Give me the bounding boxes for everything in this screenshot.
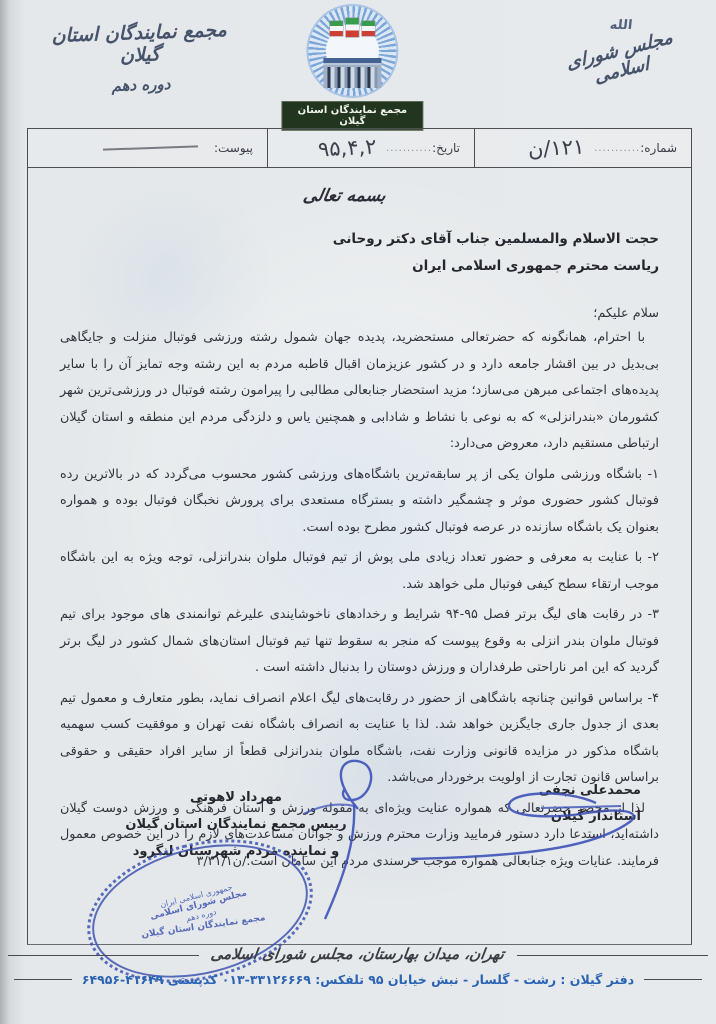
recipient-block: حجت الاسلام والمسلمین جناب آقای دکتر روح… [60,226,659,280]
assembly-title: مجمع نمایندگان استان گیلان [29,18,250,70]
emblem-caption: مجمع نمایندگان استان گیلان [282,102,422,130]
dotted-line: ........... [386,143,432,154]
sunburst-decoration [306,4,398,98]
representative-name: مهرداد لاهوتی [86,784,386,811]
paragraph-item-2: ۲- با عنایت به معرفی و حضور تعداد زیادی … [60,545,659,598]
governor-name: محمدعلی نجفی [539,778,641,804]
number-value-handwritten: ۱۲۱/ن [527,135,585,162]
footer-rule [517,955,708,956]
representative-title-1: رییس مجمع نمایندگان استان گیلان [86,811,386,838]
basmala: بسمه تعالی [58,186,631,206]
recipient-title: ریاست محترم جمهوری اسلامی ایران [60,253,659,280]
majlis-logo-title: مجلس شورای اسلامی [546,23,696,99]
baharestan-building-icon [323,58,381,88]
gilan-assembly-emblem: مجمع نمایندگان استان گیلان [282,4,422,130]
paragraph-item-3: ۳- در رقابت های لیگ برتر فصل ۹۵-۹۴ شرایط… [60,602,659,682]
paragraph-item-4: ۴- براساس قوانین چنانچه باشگاهی از حضور … [60,686,659,792]
footer-short-rule [644,979,702,980]
iran-flags-icon [330,21,375,37]
recipient-name: حجت الاسلام والمسلمین جناب آقای دکتر روح… [60,226,659,253]
attachment-dash [103,145,198,150]
number-cell: شماره: ........... ۱۲۱/ن [474,129,691,167]
attachment-label: پیوست: [214,141,253,155]
date-cell: تاریخ: ........... ۹۵,۴,۲ [267,129,474,167]
dotted-line: ........... [594,143,640,154]
tehran-address: تهران، میدان بهارستان، مجلس شورای اسلامی [198,945,518,963]
footer: تهران، میدان بهارستان، مجلس شورای اسلامی… [0,945,716,987]
building-columns-icon [327,67,377,88]
number-label: شماره: [640,141,677,155]
date-value-handwritten: ۹۵,۴,۲ [317,134,377,161]
iran-flag-icon [362,21,375,36]
date-label: تاریخ: [432,141,460,155]
letterhead: الله مجلس شورای اسلامی مجمع نمایندگان اس… [0,0,716,126]
footer-rule [8,955,199,956]
majlis-shora-logo: الله مجلس شورای اسلامی [546,18,696,81]
iran-flag-icon [330,21,343,36]
governor-title: استاندار گیلان [539,804,641,830]
assembly-title-calligraphy: مجمع نمایندگان استان گیلان دوره دهم [29,18,251,98]
gilan-office-address: دفتر گیلان : رشت - گلسار - نبش خیابان ۹۵… [72,972,644,987]
letter-body-frame: بسمه تعالی حجت الاسلام والمسلمین جناب آق… [27,166,692,945]
footer-short-rule [14,979,72,980]
paragraph-item-1: ۱- باشگاه ورزشی ملوان یکی از پر سابقه‌تر… [60,462,659,542]
iran-flag-icon [346,18,359,37]
assembly-term: دوره دهم [31,72,251,98]
letter-page: الله مجلس شورای اسلامی مجمع نمایندگان اس… [0,0,716,1024]
signature-block-governor: محمدعلی نجفی استاندار گیلان [539,778,641,830]
attachment-cell: پیوست: [28,129,267,167]
reference-row: شماره: ........... ۱۲۱/ن تاریخ: ........… [27,128,692,168]
paragraph-intro: با احترام، همانگونه که حضرتعالی مستحضرید… [60,325,659,458]
tehran-address-row: تهران، میدان بهارستان، مجلس شورای اسلامی [0,945,716,963]
letter-body: بسمه تعالی حجت الاسلام والمسلمین جناب آق… [28,166,691,875]
gilan-office-row: دفتر گیلان : رشت - گلسار - نبش خیابان ۹۵… [0,972,716,987]
salutation: سلام علیکم؛ [60,306,659,321]
